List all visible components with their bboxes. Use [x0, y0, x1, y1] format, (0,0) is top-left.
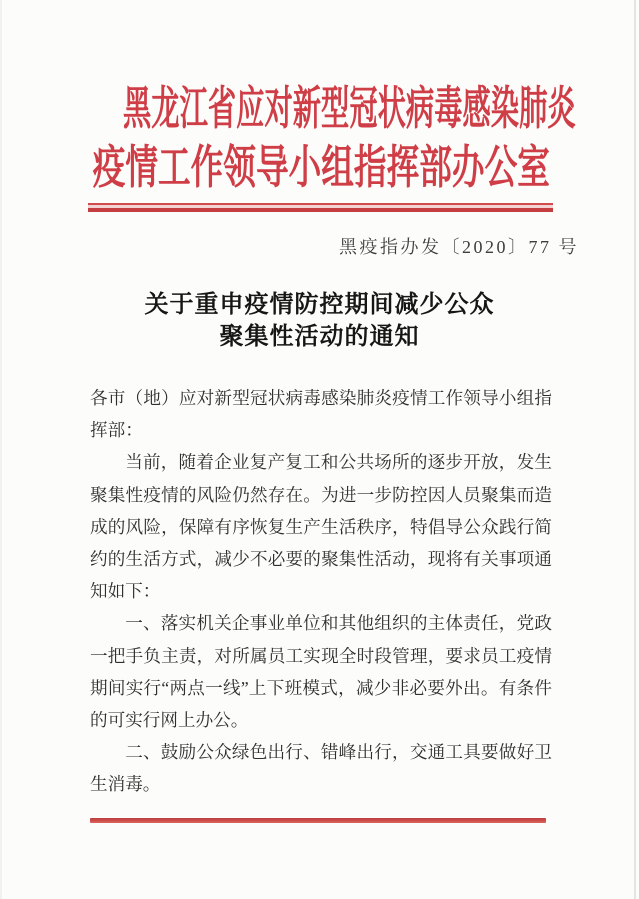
document-title-line-1: 关于重申疫情防控期间减少公众 — [0, 289, 639, 321]
letterhead-org-line-1: 黑龙江省应对新型冠状病毒感染肺炎 — [123, 79, 516, 138]
document-page: 黑龙江省应对新型冠状病毒感染肺炎 疫情工作领导小组指挥部办公室 黑疫指办发〔20… — [0, 0, 639, 899]
body-paragraph-item-2: 二、鼓励公众绿色出行、错峰出行，交通工具要做好卫生消毒。 — [90, 736, 552, 800]
document-number: 黑疫指办发〔2020〕77 号 — [339, 233, 579, 259]
document-title: 关于重申疫情防控期间减少公众 聚集性活动的通知 — [0, 289, 639, 353]
document-title-line-2: 聚集性活动的通知 — [0, 321, 639, 353]
letterhead: 黑龙江省应对新型冠状病毒感染肺炎 疫情工作领导小组指挥部办公室 — [0, 79, 639, 197]
document-body: 各市（地）应对新型冠状病毒感染肺炎疫情工作领导小组指挥部： 当前，随着企业复产复… — [90, 382, 552, 801]
letterhead-separator-rule — [88, 203, 553, 212]
body-paragraph-salutation: 各市（地）应对新型冠状病毒感染肺炎疫情工作领导小组指挥部： — [90, 382, 552, 446]
body-paragraph-intro: 当前，随着企业复产复工和公共场所的逐步开放，发生聚集性疫情的风险仍然存在。为进一… — [90, 446, 552, 607]
footer-separator-rule — [90, 818, 546, 823]
body-paragraph-item-1: 一、落实机关企事业单位和其他组织的主体责任，党政一把手负主责，对所属员工实现全时… — [90, 607, 552, 736]
letterhead-org-line-2: 疫情工作领导小组指挥部办公室 — [93, 138, 547, 197]
